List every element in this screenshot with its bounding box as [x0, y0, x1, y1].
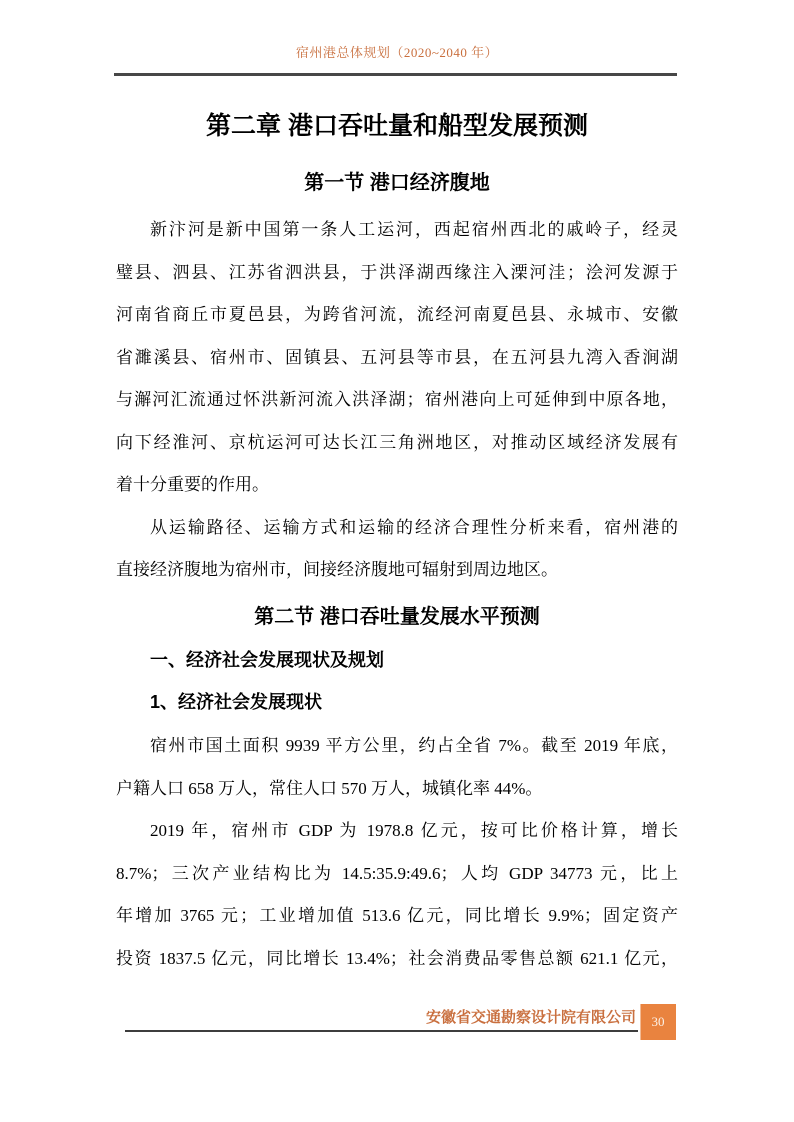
text-line: 从运输路径、运输方式和运输的经济合理性分析来看，宿州港的	[116, 507, 678, 550]
text-line: 2019 年，宿州市 GDP 为 1978.8 亿元，按可比价格计算，增长	[116, 810, 678, 853]
text-line: 着十分重要的作用。	[116, 464, 678, 507]
text-line: 新汴河是新中国第一条人工运河，西起宿州西北的戚岭子，经灵	[116, 209, 678, 252]
header-rule	[114, 73, 677, 76]
page-number-badge: 30	[640, 1004, 676, 1040]
text-line: 与澥河汇流通过怀洪新河流入洪泽湖；宿州港向上可延伸到中原各地，	[116, 379, 678, 422]
paragraph-3: 宿州市国土面积 9939 平方公里，约占全省 7%。截至 2019 年底， 户籍…	[116, 725, 678, 810]
paragraph-1: 新汴河是新中国第一条人工运河，西起宿州西北的戚岭子，经灵 璧县、泗县、江苏省泗洪…	[116, 209, 678, 507]
section-2-title: 第二节 港口吞吐量发展水平预测	[116, 600, 678, 634]
text-line: 投资 1837.5 亿元，同比增长 13.4%；社会消费品零售总额 621.1 …	[116, 938, 678, 981]
subheading-level-1: 一、经济社会发展现状及规划	[116, 645, 678, 676]
document-body: 新汴河是新中国第一条人工运河，西起宿州西北的戚岭子，经灵 璧县、泗县、江苏省泗洪…	[116, 209, 678, 980]
text-line: 户籍人口 658 万人，常住人口 570 万人，城镇化率 44%。	[116, 768, 678, 811]
text-line: 宿州市国土面积 9939 平方公里，约占全省 7%。截至 2019 年底，	[116, 725, 678, 768]
text-line: 年增加 3765 元；工业增加值 513.6 亿元，同比增长 9.9%；固定资产	[116, 895, 678, 938]
chapter-title: 第二章 港口吞吐量和船型发展预测	[0, 106, 794, 146]
text-line: 河南省商丘市夏邑县，为跨省河流，流经河南夏邑县、永城市、安徽	[116, 294, 678, 337]
paragraph-4: 2019 年，宿州市 GDP 为 1978.8 亿元，按可比价格计算，增长 8.…	[116, 810, 678, 980]
text-line: 8.7%；三次产业结构比为 14.5:35.9:49.6；人均 GDP 3477…	[116, 853, 678, 896]
paragraph-2: 从运输路径、运输方式和运输的经济合理性分析来看，宿州港的 直接经济腹地为宿州市，…	[116, 507, 678, 592]
document-page: 宿州港总体规划（2020~2040 年） 第二章 港口吞吐量和船型发展预测 第一…	[0, 0, 794, 1122]
footer-company-name: 安徽省交通勘察设计院有限公司	[426, 1007, 636, 1029]
text-line: 向下经淮河、京杭运河可达长江三角洲地区，对推动区域经济发展有	[116, 422, 678, 465]
page-number: 30	[652, 1014, 665, 1030]
footer-rule	[125, 1030, 638, 1032]
section-1-title: 第一节 港口经济腹地	[0, 166, 794, 200]
running-header-title: 宿州港总体规划（2020~2040 年）	[0, 42, 794, 64]
text-line: 省濉溪县、宿州市、固镇县、五河县等市县，在五河县九湾入香涧湖	[116, 337, 678, 380]
text-line: 璧县、泗县、江苏省泗洪县，于洪泽湖西缘注入溧河洼；浍河发源于	[116, 252, 678, 295]
text-line: 直接经济腹地为宿州市，间接经济腹地可辐射到周边地区。	[116, 549, 678, 592]
subheading-level-2: 1、经济社会发展现状	[116, 687, 678, 718]
